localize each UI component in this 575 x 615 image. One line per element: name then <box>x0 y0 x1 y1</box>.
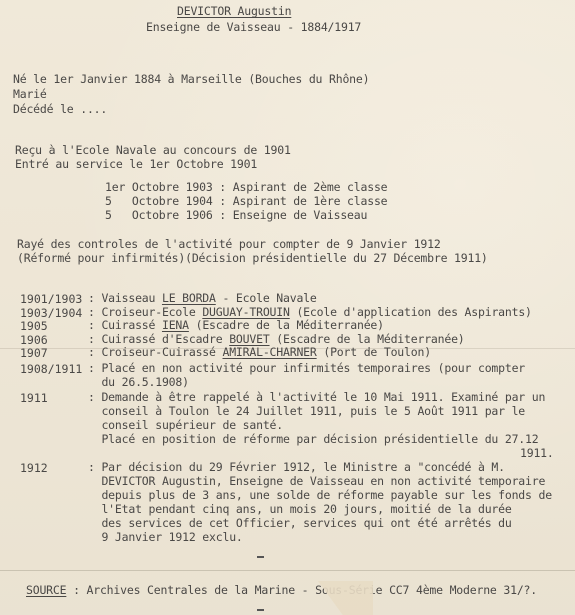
event-line: du 26.5.1908) <box>88 375 189 389</box>
event-line: DEVICTOR Augustin, Enseigne de Vaisseau … <box>88 474 545 488</box>
career-entry: : Cuirassé IENA (Escadre de la Méditerra… <box>88 318 384 332</box>
event-line: : Demande à être rappelé à l'activité le… <box>88 390 545 404</box>
career-entry: : Croiseur-Ecole DUGUAY-TROUIN (Ecole d'… <box>88 305 532 319</box>
birth-line: Né le 1er Janvier 1884 à Marseille (Bouc… <box>13 72 369 86</box>
adhesive-tape <box>318 581 373 615</box>
event-years: 1912 <box>20 461 48 475</box>
paper-fold-line <box>0 570 575 571</box>
ship-name: AMIRAL-CHARNER <box>222 345 316 359</box>
service-entry: Entré au service le 1er Octobre 1901 <box>15 157 257 171</box>
ship-name: BOUVET <box>229 332 269 346</box>
ship-name: LE BORDA <box>162 291 216 305</box>
event-line: depuis plus de 3 ans, une solde de réfor… <box>88 488 552 502</box>
source-label: SOURCE <box>26 583 66 597</box>
event-line: Placé en position de réforme par décisio… <box>88 432 538 446</box>
ship-name: IENA <box>162 318 189 332</box>
separator-dash <box>257 556 264 558</box>
career-detail: (Escadre de la Méditerranée) <box>270 332 465 346</box>
career-years: 1903/1904 <box>20 306 82 320</box>
career-years: 1901/1903 <box>20 292 82 306</box>
career-entry: : Croiseur-Cuirassé AMIRAL-CHARNER (Port… <box>88 345 431 359</box>
event-years: 1908/1911 <box>20 362 82 376</box>
source-text: : Archives Centrales de la Marine - Sous… <box>66 583 537 597</box>
career-detail: - Ecole Navale <box>216 291 317 305</box>
separator-dash <box>257 609 264 611</box>
career-years: 1905 <box>20 319 48 333</box>
document-subtitle: Enseigne de Vaisseau - 1884/1917 <box>146 20 361 34</box>
career-desc: : Croiseur-Ecole <box>88 305 202 319</box>
career-entry: : Vaisseau LE BORDA - Ecole Navale <box>88 291 317 305</box>
rank-entry: 1er Octobre 1903 : Aspirant de 2ème clas… <box>105 180 387 194</box>
event-line: 9 Janvier 1912 exclu. <box>88 530 243 544</box>
event-line: 1911. <box>520 446 554 460</box>
event-line: conseil à Toulon le 24 Juillet 1911, pui… <box>88 404 525 418</box>
event-line: conseil supérieur de santé. <box>88 418 283 432</box>
event-line: : Placé en non activité pour infirmités … <box>88 361 525 375</box>
removal-reason: (Réformé pour infirmités)(Décision prési… <box>17 251 488 265</box>
career-years: 1906 <box>20 333 48 347</box>
source-line: SOURCE : Archives Centrales de la Marine… <box>26 583 537 597</box>
document-title: DEVICTOR Augustin <box>177 4 291 18</box>
career-desc: : Cuirassé d'Escadre <box>88 332 229 346</box>
ship-name: DUGUAY-TROUIN <box>202 305 289 319</box>
event-line: : Par décision du 29 Février 1912, le Mi… <box>88 460 505 474</box>
career-entry: : Cuirassé d'Escadre BOUVET (Escadre de … <box>88 332 465 346</box>
rank-entry: 5 Octobre 1906 : Enseigne de Vaisseau <box>105 208 367 222</box>
career-desc: : Vaisseau <box>88 291 162 305</box>
rank-entry: 5 Octobre 1904 : Aspirant de 1ère classe <box>105 194 387 208</box>
event-years: 1911 <box>20 391 48 405</box>
removal-line: Rayé des controles de l'activité pour co… <box>17 237 441 251</box>
event-line: l'Etat pendant cinq ans, un mois 20 jour… <box>88 502 512 516</box>
naval-school-admission: Reçu à l'Ecole Navale au concours de 190… <box>15 143 291 157</box>
career-detail: (Ecole d'application des Aspirants) <box>290 305 532 319</box>
career-detail: (Port de Toulon) <box>317 345 431 359</box>
death-line: Décédé le .... <box>13 102 107 116</box>
career-desc: : Cuirassé <box>88 318 162 332</box>
event-line: des services de cet Officier, services q… <box>88 516 512 530</box>
marital-status: Marié <box>13 87 47 101</box>
career-detail: (Escadre de la Méditerranée) <box>189 318 384 332</box>
career-desc: : Croiseur-Cuirassé <box>88 345 222 359</box>
career-years: 1907 <box>20 346 48 360</box>
